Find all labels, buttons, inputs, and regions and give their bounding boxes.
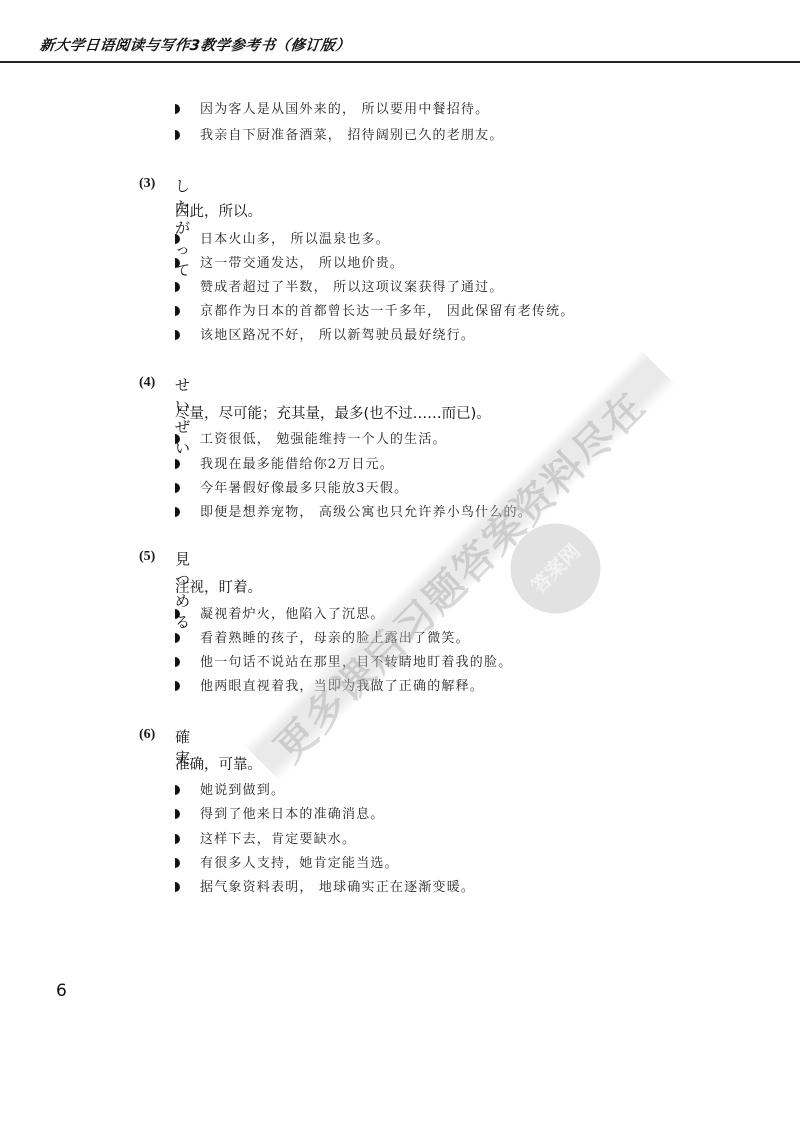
section-number: (3) — [139, 176, 155, 192]
example-text: 有很多人支持，她肯定能当选。 — [200, 856, 399, 871]
example-item: 这一带交通发达， 所以地价贵。 — [175, 252, 404, 274]
section-number: (5) — [139, 549, 155, 565]
bullet-icon — [175, 834, 180, 844]
bullet-icon — [175, 459, 180, 469]
example-item: 赞成者超过了半数， 所以这项议案获得了通过。 — [175, 276, 504, 298]
section-number: (4) — [139, 375, 155, 391]
bullet-icon — [175, 104, 180, 114]
section-number: (6) — [139, 727, 155, 743]
bullet-icon — [175, 483, 180, 493]
example-item: 得到了他来日本的准确消息。 — [175, 803, 385, 825]
example-item: 据气象资料表明， 地球确实正在逐渐变暖。 — [175, 876, 475, 898]
example-text: 即便是想养宠物， 高级公寓也只允许养小鸟什么的。 — [200, 505, 532, 520]
bullet-icon — [175, 681, 180, 691]
example-text: 今年暑假好像最多只能放3天假。 — [200, 481, 408, 496]
bullet-icon — [175, 434, 180, 444]
bullet-icon — [175, 858, 180, 868]
bullet-icon — [175, 330, 180, 340]
example-text: 因为客人是从国外来的， 所以要用中餐招待。 — [200, 102, 489, 117]
section-meaning: 因此，所以。 — [175, 200, 262, 221]
example-item: 他两眼直视着我，当即为我做了正确的解释。 — [175, 675, 484, 697]
bullet-icon — [175, 507, 180, 517]
example-item: 我现在最多能借给你2万日元。 — [175, 453, 394, 475]
example-item: 该地区路况不好， 所以新驾驶员最好绕行。 — [175, 324, 475, 346]
example-item: 他一句话不说站在那里，目不转睛地盯着我的脸。 — [175, 651, 512, 673]
bullet-icon — [175, 130, 180, 140]
running-header-title: 新大学日语阅读与写作3教学参考书（修订版） — [39, 34, 352, 55]
example-text: 得到了他来日本的准确消息。 — [200, 807, 385, 822]
watermark-seal-icon: 答案网 — [492, 505, 619, 632]
bullet-icon — [175, 633, 180, 643]
example-item: 日本火山多， 所以温泉也多。 — [175, 228, 390, 250]
bullet-icon — [175, 234, 180, 244]
bullet-icon — [175, 609, 180, 619]
header-rule — [0, 61, 800, 63]
example-item: 有很多人支持，她肯定能当选。 — [175, 852, 399, 874]
section-meaning: 准确，可靠。 — [175, 753, 262, 774]
bullet-icon — [175, 657, 180, 667]
example-text: 凝视着炉火，他陷入了沉思。 — [200, 607, 385, 622]
bullet-icon — [175, 785, 180, 795]
example-item: 即便是想养宠物， 高级公寓也只允许养小鸟什么的。 — [175, 501, 532, 523]
example-item: 看着熟睡的孩子，母亲的脸上露出了微笑。 — [175, 627, 470, 649]
example-text: 京都作为日本的首都曾长达一千多年， 因此保留有老传统。 — [200, 304, 575, 319]
bullet-icon — [175, 282, 180, 292]
bullet-icon — [175, 258, 180, 268]
bullet-icon — [175, 882, 180, 892]
example-text: 据气象资料表明， 地球确实正在逐渐变暖。 — [200, 880, 475, 895]
example-item: 工资很低， 勉强能维持一个人的生活。 — [175, 428, 447, 450]
example-item: 我亲自下厨准备酒菜， 招待阔别已久的老朋友。 — [175, 124, 504, 146]
example-item: 这样下去，肯定要缺水。 — [175, 828, 356, 850]
example-text: 该地区路况不好， 所以新驾驶员最好绕行。 — [200, 328, 475, 343]
bullet-icon — [175, 306, 180, 316]
example-text: 日本火山多， 所以温泉也多。 — [200, 232, 390, 247]
example-item: 今年暑假好像最多只能放3天假。 — [175, 477, 408, 499]
example-text: 这样下去，肯定要缺水。 — [200, 832, 356, 847]
example-item: 凝视着炉火，他陷入了沉思。 — [175, 603, 385, 625]
example-text: 这一带交通发达， 所以地价贵。 — [200, 256, 404, 271]
page-number: 6 — [56, 981, 67, 1001]
example-text: 赞成者超过了半数， 所以这项议案获得了通过。 — [200, 280, 504, 295]
example-item: 京都作为日本的首都曾长达一千多年， 因此保留有老传统。 — [175, 300, 575, 322]
bullet-icon — [175, 809, 180, 819]
example-text: 我亲自下厨准备酒菜， 招待阔别已久的老朋友。 — [200, 128, 504, 143]
example-item: 因为客人是从国外来的， 所以要用中餐招待。 — [175, 98, 489, 120]
example-text: 工资很低， 勉强能维持一个人的生活。 — [200, 432, 447, 447]
example-text: 她说到做到。 — [200, 783, 285, 798]
example-text: 我现在最多能借给你2万日元。 — [200, 457, 394, 472]
section-meaning: 尽量，尽可能；充其量，最多(也不过……而已)。 — [175, 402, 491, 423]
example-text: 他两眼直视着我，当即为我做了正确的解释。 — [200, 679, 484, 694]
example-item: 她说到做到。 — [175, 779, 285, 801]
example-text: 他一句话不说站在那里，目不转睛地盯着我的脸。 — [200, 655, 512, 670]
example-text: 看着熟睡的孩子，母亲的脸上露出了微笑。 — [200, 631, 470, 646]
section-meaning: 注视，盯着。 — [175, 576, 262, 597]
